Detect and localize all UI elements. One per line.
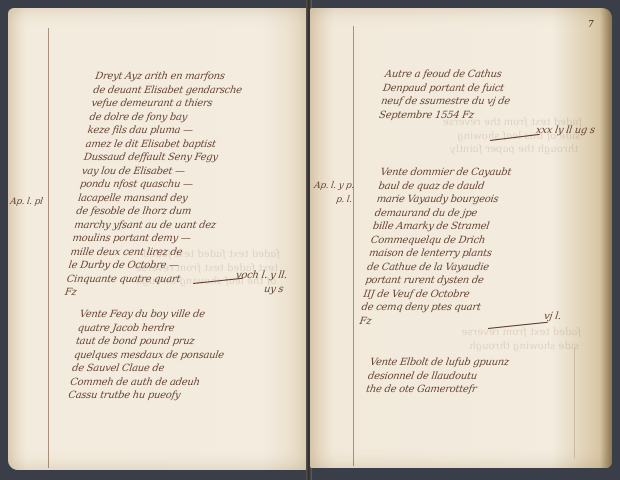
left-entry-1-line: vefue demeurant a thiers xyxy=(91,98,213,109)
ink-bleed-through: faded text from reverse side showing thr… xyxy=(378,326,582,353)
left-margin-note: Ap. l. pl xyxy=(9,196,43,210)
right-entry-3-line: the de ote Gamerottefr xyxy=(365,384,477,395)
right-entry-3-line: Vente Elbolt de lufub gpuunz xyxy=(369,357,509,368)
left-entry-2-line: de Sauvel Claue de xyxy=(71,363,165,374)
right-margin-note-sub: p. l. xyxy=(335,194,353,208)
right-outer-rule xyxy=(574,348,575,458)
right-entry-1-line: Denpaud portant de fuict xyxy=(382,83,504,94)
left-entry-1-line: de deuant Elisabet gendarsche xyxy=(93,85,243,96)
left-entry-1-amount: voch l. y ll. xyxy=(235,269,288,283)
right-entry-1-line: Septembre 1554 Fz xyxy=(378,110,474,121)
right-entry-2-line: portant rurent dysten de xyxy=(365,275,485,286)
right-entry-2-line: maison de lenterry plants xyxy=(368,248,492,259)
left-entry-1-line: lacapelle mansand dey xyxy=(77,193,188,204)
right-entry-1-line: neuf de ssumestre du vj de xyxy=(380,96,510,107)
right-entry-1: Autre a feoud de Cathus Denpaud portant … xyxy=(378,68,514,122)
left-entry-2: Vente Feay du boy ville de quatre Jacob … xyxy=(67,308,230,403)
right-entry-2-line: de cemq deny ptes quart xyxy=(361,302,482,313)
folio-number: 7 xyxy=(588,20,594,30)
right-margin-rule xyxy=(353,26,354,466)
left-entry-1-line: Cinquante quatre quart xyxy=(66,274,181,285)
left-entry-1-line: amez le dit Elisabet baptist xyxy=(85,139,216,150)
right-entry-1-line: Autre a feoud de Cathus xyxy=(384,69,502,80)
left-entry-1-line: le Durby de Octobre — xyxy=(68,260,180,271)
left-entry-1-line: marchy yfsant au de uant dez xyxy=(74,220,217,231)
right-entry-2-line: de Cathue de la Vayaudie xyxy=(366,262,489,273)
right-entry-2-line: Commequelqu de Drich xyxy=(370,235,486,246)
left-entry-2-line: quelques mesdaux de ponsaule xyxy=(73,350,224,361)
left-entry-1-line: vay lou de Elisabet — xyxy=(81,166,185,177)
left-entry-1-line: pondu nfost quaschu — xyxy=(79,179,193,190)
left-entry-1-line: de fesoble de lhorz dum xyxy=(75,206,191,217)
left-entry-1-amount-sub: uy s xyxy=(263,283,284,297)
left-entry-1-line: moulins portant demy — xyxy=(72,233,191,244)
left-entry-2-line: taut de bond pound pruz xyxy=(75,336,195,347)
right-entry-3-line: desionnel de llaudoutu xyxy=(367,371,477,382)
left-margin-rule xyxy=(48,28,49,468)
left-entry-1-line: keze fils dau pluma — xyxy=(87,125,194,136)
right-entry-1-amount: xxx ly ll ug s xyxy=(535,124,596,138)
left-entry-1-line: Dussaud deffault Seny Fegy xyxy=(83,152,218,163)
right-entry-2-line: Fz xyxy=(359,316,372,327)
right-entry-2-line: IIJ de Veuf de Octobre xyxy=(363,289,471,300)
right-page: 7 faded text from the reverse side of th… xyxy=(310,8,612,468)
right-entry-2: Vente dommier de Cayaubt baul de quaz de… xyxy=(359,166,512,328)
left-page: faded text faded text faded text faded t… xyxy=(8,8,308,470)
right-entry-2-line: Vente dommier de Cayaubt xyxy=(380,167,512,178)
left-entry-1-line: Dreyt Ayz arith en marfons xyxy=(94,71,225,82)
left-entry-1-line: de dolre de fony bay xyxy=(89,112,188,123)
right-entry-2-line: marie Vayaudy bourgeois xyxy=(376,194,499,205)
right-entry-3: Vente Elbolt de lufub gpuunz desionnel d… xyxy=(365,356,510,397)
left-entry-1-line: mille deux cent lirez de xyxy=(70,247,183,258)
right-entry-2-line: demaurand du de jpe xyxy=(374,208,478,219)
left-entry-2-line: quatre Jacob herdre xyxy=(77,323,175,334)
right-entry-2-line: bille Amarky de Stramel xyxy=(372,221,490,232)
left-entry-2-line: Cassu trutbe hu pueofy xyxy=(68,390,181,401)
right-entry-2-amount: vj l. xyxy=(543,310,562,324)
left-entry-2-line: Commeh de auth de adeuh xyxy=(69,377,200,388)
left-entry-1-line: Fz xyxy=(64,287,77,298)
left-entry-2-line: Vente Feay du boy ville de xyxy=(79,309,206,320)
right-margin-note: Ap. l. y p. xyxy=(313,180,355,194)
right-entry-2-line: baul de quaz de dauld xyxy=(378,181,485,192)
